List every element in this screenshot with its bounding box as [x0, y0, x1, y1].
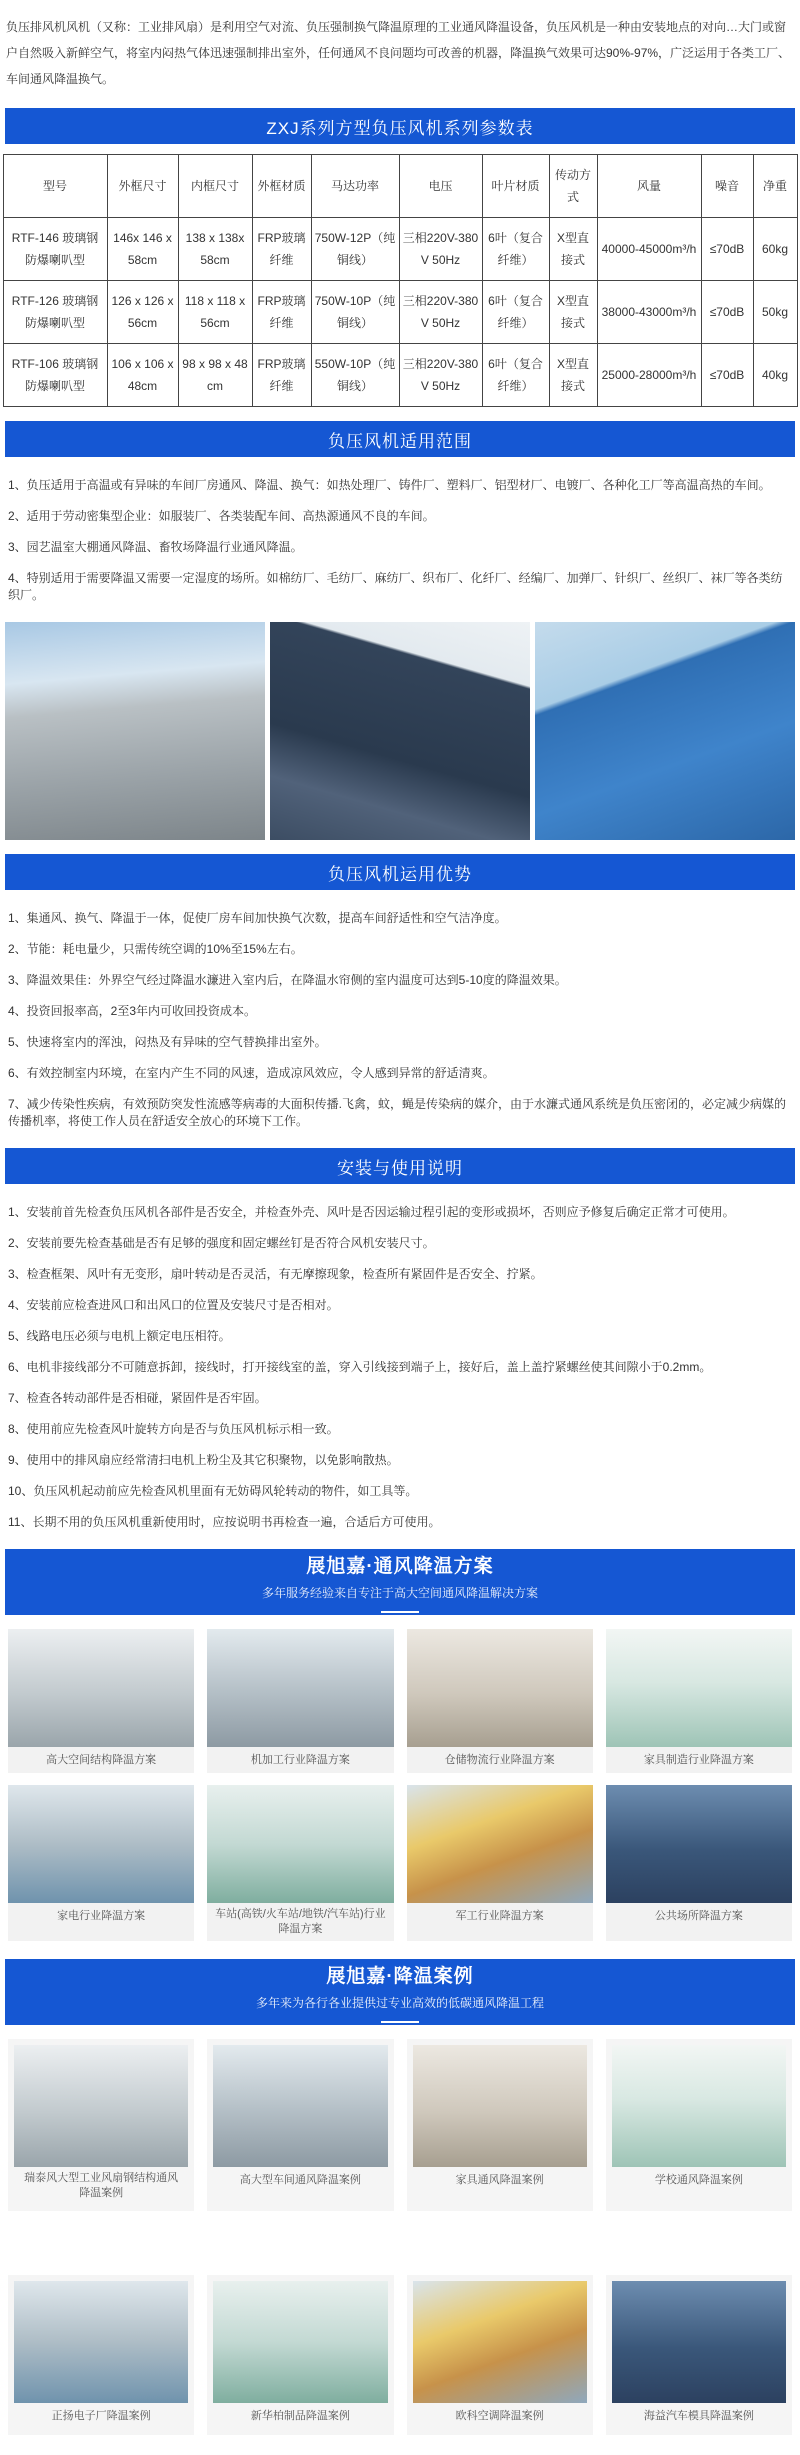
list-item: 1、集通风、换气、降温于一体，促使厂房车间加快换气次数，提高车间舒适性和空气洁净…	[8, 910, 792, 927]
list-item: 4、投资回报率高，2至3年内可收回投资成本。	[8, 1003, 792, 1020]
card-caption: 机加工行业降温方案	[207, 1747, 393, 1773]
card-caption: 家具制造行业降温方案	[606, 1747, 792, 1773]
cell-frame-material: FRP玻璃纤维	[252, 218, 311, 281]
cell-voltage: 三相220V-380V 50Hz	[399, 344, 482, 407]
spec-table-header-cell: 传动方式	[549, 155, 597, 218]
instructions-banner: 安装与使用说明	[5, 1148, 795, 1184]
list-item: 1、负压适用于高温或有异味的车间厂房通风、降温、换气：如热处理厂、铸件厂、塑料厂…	[8, 477, 792, 494]
solution-photo	[407, 1785, 593, 1903]
cell-motor-power: 550W-10P（纯铜线）	[311, 344, 399, 407]
spec-table-header-cell: 风量	[597, 155, 701, 218]
cell-frame-material: FRP玻璃纤维	[252, 281, 311, 344]
cell-inner-size: 118 x 118 x 56cm	[178, 281, 252, 344]
cell-air-volume: 40000-45000m³/h	[597, 218, 701, 281]
cell-inner-size: 138 x 138x 58cm	[178, 218, 252, 281]
spec-table-header-cell: 马达功率	[311, 155, 399, 218]
spec-table-header-cell: 外框材质	[252, 155, 311, 218]
case-card[interactable]: 欧科空调降温案例	[407, 2275, 593, 2435]
spec-table-header-cell: 电压	[399, 155, 482, 218]
table-row: RTF-126 玻璃钢防爆喇叭型 126 x 126 x 56cm 118 x …	[3, 281, 797, 344]
spec-table: 型号外框尺寸内框尺寸外框材质马达功率电压叶片材质传动方式风量噪音净重 RTF-1…	[3, 154, 798, 407]
instructions-list: 1、安装前首先检查负压风机各部件是否安全，并检查外壳、风叶是否因运输过程引起的变…	[8, 1204, 792, 1531]
spec-table-header-cell: 内框尺寸	[178, 155, 252, 218]
cell-blade-material: 6叶（复合纤维）	[482, 344, 549, 407]
card-caption: 仓储物流行业降温方案	[407, 1747, 593, 1773]
case-card[interactable]: 瑞泰风大型工业风扇钢结构通风降温案例	[8, 2039, 194, 2211]
cell-air-volume: 38000-43000m³/h	[597, 281, 701, 344]
cell-drive-type: X型直接式	[549, 344, 597, 407]
list-item: 4、安装前应检查进风口和出风口的位置及安装尺寸是否相对。	[8, 1297, 792, 1314]
card-caption: 高大空间结构降温方案	[8, 1747, 194, 1773]
cell-drive-type: X型直接式	[549, 281, 597, 344]
list-item: 11、长期不用的负压风机重新使用时，应按说明书再检查一遍，合适后方可使用。	[8, 1514, 792, 1531]
solution-card[interactable]: 仓储物流行业降温方案	[407, 1629, 593, 1773]
case-photo	[14, 2281, 188, 2403]
list-item: 4、特别适用于需要降温又需要一定湿度的场所。如棉纺厂、毛纺厂、麻纺厂、织布厂、化…	[8, 570, 792, 604]
cell-outer-size: 126 x 126 x 56cm	[107, 281, 178, 344]
solution-photo	[207, 1785, 393, 1903]
cell-drive-type: X型直接式	[549, 218, 597, 281]
scope-photos	[5, 622, 795, 840]
solutions-title: 展旭嘉·通风降温方案	[306, 1551, 493, 1578]
case-card[interactable]: 海益汽车模具降温案例	[606, 2275, 792, 2435]
cell-motor-power: 750W-12P（纯铜线）	[311, 218, 399, 281]
list-item: 8、使用前应先检查风叶旋转方向是否与负压风机标示相一致。	[8, 1421, 792, 1438]
table-row: RTF-106 玻璃钢防爆喇叭型 106 x 106 x 48cm 98 x 9…	[3, 344, 797, 407]
solutions-grid: 高大空间结构降温方案 机加工行业降温方案 仓储物流行业降温方案 家具制造行业降温…	[8, 1629, 792, 1941]
case-card[interactable]: 新华柏制品降温案例	[207, 2275, 393, 2435]
card-caption: 欧科空调降温案例	[413, 2403, 587, 2429]
solution-card[interactable]: 家电行业降温方案	[8, 1785, 194, 1941]
photo-wall-mounted-fans	[5, 622, 265, 840]
spec-table-header-cell: 叶片材质	[482, 155, 549, 218]
spec-table-header-cell: 噪音	[701, 155, 753, 218]
cases-title: 展旭嘉·降温案例	[326, 1961, 473, 1988]
cases-grid: 瑞泰风大型工业风扇钢结构通风降温案例 高大型车间通风降温案例 家具通风降温案例 …	[8, 2039, 792, 2435]
spec-table-header-cell: 净重	[753, 155, 797, 218]
list-item: 7、减少传染性疾病，有效预防突发性流感等病毒的大面积传播.飞禽，蚊，蝇是传染病的…	[8, 1096, 792, 1130]
spec-table-header-row: 型号外框尺寸内框尺寸外框材质马达功率电压叶片材质传动方式风量噪音净重	[3, 155, 797, 218]
card-caption: 家具通风降温案例	[413, 2167, 587, 2193]
spec-table-header-cell: 型号	[3, 155, 107, 218]
case-photo	[213, 2281, 387, 2403]
case-card[interactable]: 家具通风降温案例	[407, 2039, 593, 2211]
cell-noise: ≤70dB	[701, 344, 753, 407]
cell-net-weight: 50kg	[753, 281, 797, 344]
card-caption: 新华柏制品降温案例	[213, 2403, 387, 2429]
card-caption: 军工行业降温方案	[407, 1903, 593, 1929]
list-item: 10、负压风机起动前应先检查风机里面有无妨碍风轮转动的物件，如工具等。	[8, 1483, 792, 1500]
list-item: 1、安装前首先检查负压风机各部件是否安全，并检查外壳、风叶是否因运输过程引起的变…	[8, 1204, 792, 1221]
table-row: RTF-146 玻璃钢防爆喇叭型 146x 146 x 58cm 138 x 1…	[3, 218, 797, 281]
list-item: 6、电机非接线部分不可随意拆卸，接线时，打开接线室的盖，穿入引线接到端子上，接好…	[8, 1359, 792, 1376]
card-caption: 高大型车间通风降温案例	[213, 2167, 387, 2193]
scope-title: 负压风机适用范围	[328, 427, 472, 452]
advantages-banner: 负压风机运用优势	[5, 854, 795, 890]
list-item: 5、快速将室内的浑浊，闷热及有异味的空气替换排出室外。	[8, 1034, 792, 1051]
case-photo	[612, 2045, 786, 2167]
divider-dash	[381, 1611, 419, 1613]
cases-subtitle: 多年来为各行各业提供过专业高效的低碳通风降温工程	[256, 1994, 544, 2011]
spec-table-banner: ZXJ系列方型负压风机系列参数表	[5, 108, 795, 144]
solution-card[interactable]: 家具制造行业降温方案	[606, 1629, 792, 1773]
cell-noise: ≤70dB	[701, 281, 753, 344]
photo-blue-roof-fans	[535, 622, 795, 840]
solutions-section-header: 展旭嘉·通风降温方案 多年服务经验来自专注于高大空间通风降温解决方案	[5, 1549, 795, 1615]
advantages-list: 1、集通风、换气、降温于一体，促使厂房车间加快换气次数，提高车间舒适性和空气洁净…	[8, 910, 792, 1130]
cases-section-header: 展旭嘉·降温案例 多年来为各行各业提供过专业高效的低碳通风降温工程	[5, 1959, 795, 2025]
cell-noise: ≤70dB	[701, 218, 753, 281]
list-item: 6、有效控制室内环境，在室内产生不同的风速，造成凉风效应，令人感到异常的舒适清爽…	[8, 1065, 792, 1082]
cell-inner-size: 98 x 98 x 48cm	[178, 344, 252, 407]
list-item: 5、线路电压必须与电机上额定电压相符。	[8, 1328, 792, 1345]
case-card[interactable]: 学校通风降温案例	[606, 2039, 792, 2211]
scope-list: 1、负压适用于高温或有异味的车间厂房通风、降温、换气：如热处理厂、铸件厂、塑料厂…	[8, 477, 792, 604]
cell-outer-size: 106 x 106 x 48cm	[107, 344, 178, 407]
cell-blade-material: 6叶（复合纤维）	[482, 281, 549, 344]
list-item: 3、降温效果佳：外界空气经过降温水濂进入室内后，在降温水帘侧的室内温度可达到5-…	[8, 972, 792, 989]
list-item: 7、检查各转动部件是否相碰，紧固件是否牢固。	[8, 1390, 792, 1407]
cell-voltage: 三相220V-380V 50Hz	[399, 218, 482, 281]
case-card[interactable]: 正扬电子厂降温案例	[8, 2275, 194, 2435]
card-caption: 公共场所降温方案	[606, 1903, 792, 1929]
spec-table-title: ZXJ系列方型负压风机系列参数表	[266, 114, 533, 139]
cell-net-weight: 40kg	[753, 344, 797, 407]
case-photo	[612, 2281, 786, 2403]
list-item: 3、园艺温室大棚通风降温、畜牧场降温行业通风降温。	[8, 539, 792, 556]
solution-photo	[207, 1629, 393, 1747]
solution-card[interactable]: 车站(高铁/火车站/地铁/汽车站)行业降温方案	[207, 1785, 393, 1941]
cell-motor-power: 750W-10P（纯铜线）	[311, 281, 399, 344]
solution-card[interactable]: 公共场所降温方案	[606, 1785, 792, 1941]
list-item: 2、适用于劳动密集型企业：如服装厂、各类装配车间、高热源通风不良的车间。	[8, 508, 792, 525]
cell-blade-material: 6叶（复合纤维）	[482, 218, 549, 281]
cell-outer-size: 146x 146 x 58cm	[107, 218, 178, 281]
card-caption: 正扬电子厂降温案例	[14, 2403, 188, 2429]
case-photo	[213, 2045, 387, 2167]
case-photo	[413, 2045, 587, 2167]
list-item: 9、使用中的排风扇应经常清扫电机上粉尘及其它积聚物，以免影响散热。	[8, 1452, 792, 1469]
card-caption: 学校通风降温案例	[612, 2167, 786, 2193]
card-caption: 家电行业降温方案	[8, 1903, 194, 1929]
card-caption: 瑞泰风大型工业风扇钢结构通风降温案例	[14, 2167, 188, 2205]
scope-banner: 负压风机适用范围	[5, 421, 795, 457]
solution-photo	[8, 1785, 194, 1903]
cell-frame-material: FRP玻璃纤维	[252, 344, 311, 407]
cell-model: RTF-146 玻璃钢防爆喇叭型	[3, 218, 107, 281]
solution-photo	[606, 1785, 792, 1903]
case-card[interactable]: 高大型车间通风降温案例	[207, 2039, 393, 2211]
solution-card[interactable]: 军工行业降温方案	[407, 1785, 593, 1941]
instructions-title: 安装与使用说明	[337, 1154, 463, 1179]
solution-photo	[8, 1629, 194, 1747]
solution-card[interactable]: 高大空间结构降温方案	[8, 1629, 194, 1773]
list-item: 2、安装前要先检查基础是否有足够的强度和固定螺丝钉是否符合风机安装尺寸。	[8, 1235, 792, 1252]
solution-photo	[606, 1629, 792, 1747]
solution-card[interactable]: 机加工行业降温方案	[207, 1629, 393, 1773]
cell-voltage: 三相220V-380V 50Hz	[399, 281, 482, 344]
cell-net-weight: 60kg	[753, 218, 797, 281]
list-item: 2、节能：耗电量少，只需传统空调的10%至15%左右。	[8, 941, 792, 958]
intro-text: 负压排风机风机（又称：工业排风扇）是利用空气对流、负压强制换气降温原理的工业通风…	[6, 14, 794, 92]
cell-model: RTF-106 玻璃钢防爆喇叭型	[3, 344, 107, 407]
cell-air-volume: 25000-28000m³/h	[597, 344, 701, 407]
case-photo	[14, 2045, 188, 2167]
solution-photo	[407, 1629, 593, 1747]
spec-table-header-cell: 外框尺寸	[107, 155, 178, 218]
solutions-subtitle: 多年服务经验来自专注于高大空间通风降温解决方案	[262, 1584, 538, 1601]
card-caption: 海益汽车模具降温案例	[612, 2403, 786, 2429]
case-photo	[413, 2281, 587, 2403]
divider-dash	[381, 2021, 419, 2023]
advantages-title: 负压风机运用优势	[328, 860, 472, 885]
cell-model: RTF-126 玻璃钢防爆喇叭型	[3, 281, 107, 344]
photo-rooftop-fans-solar-panels	[270, 622, 530, 840]
product-detail-page: 负压排风机风机（又称：工业排风扇）是利用空气对流、负压强制换气降温原理的工业通风…	[0, 14, 800, 2455]
list-item: 3、检查框架、风叶有无变形，扇叶转动是否灵活，有无摩擦现象，检查所有紧固件是否安…	[8, 1266, 792, 1283]
card-caption: 车站(高铁/火车站/地铁/汽车站)行业降温方案	[207, 1903, 393, 1941]
